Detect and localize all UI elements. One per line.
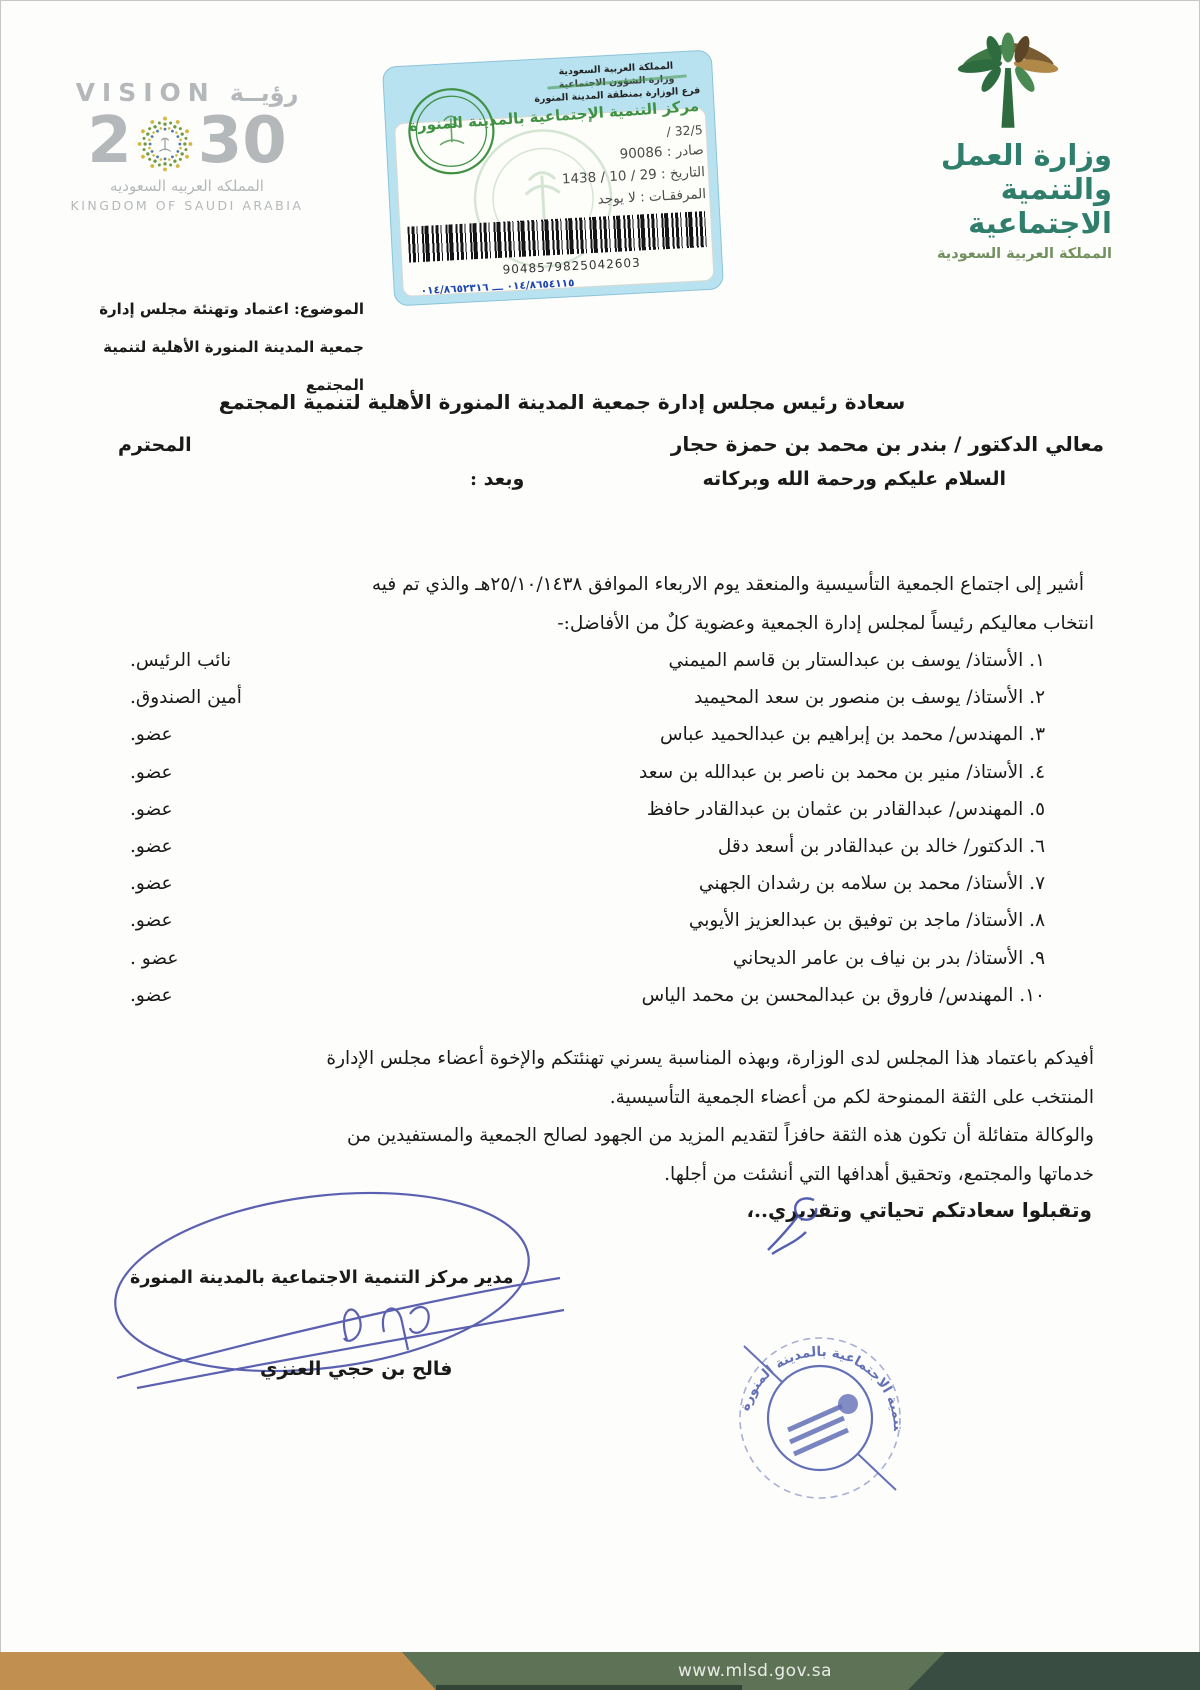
member-number: ٢.: [1029, 687, 1045, 708]
footer-bar: www.mlsd.gov.sa: [0, 1652, 1200, 1690]
member-row: ٨. الأستاذ/ ماجد بن توفيق بن عبدالعزيز ا…: [130, 910, 1045, 947]
round-office-stamp-icon: مركز التنمية الاجتماعية بالمدينة المنورة: [730, 1330, 910, 1505]
pen-mark-icon: [762, 1192, 842, 1262]
footer-url: www.mlsd.gov.sa: [640, 1661, 870, 1681]
vision-year-right: 30: [198, 109, 287, 173]
subject-block: الموضوع: اعتماد وتهنئة مجلس إدارة جمعية …: [72, 290, 364, 404]
member-name: الأستاذ/ محمد بن سلامه بن رشدان الجهني: [699, 873, 1023, 894]
member-row: ٦. الدكتور/ خالد بن عبدالقادر بن أسعد دق…: [130, 836, 1045, 873]
paragraph-3-line1: والوكالة متفائلة أن تكون هذه الثقة حافزا…: [98, 1117, 1094, 1156]
member-name: المهندس/ محمد بن إبراهيم بن عبدالحميد عب…: [660, 724, 1023, 745]
member-row: ١. الأستاذ/ يوسف بن عبدالستار بن قاسم ال…: [130, 650, 1045, 687]
vision-word-en: VISION: [76, 78, 216, 107]
board-members-list: ١. الأستاذ/ يوسف بن عبدالستار بن قاسم ال…: [130, 650, 1045, 1022]
paragraph-1-line1: أشير إلى اجتماع الجمعية التأسيسية والمنع…: [98, 566, 1094, 605]
member-number: ٣.: [1029, 724, 1045, 745]
registration-sticker: المملكة العربية السعودية وزارة الشؤون ال…: [382, 50, 724, 307]
member-role: أمين الصندوق.: [130, 687, 242, 708]
member-role: عضو.: [130, 910, 173, 931]
member-number: ٨.: [1029, 910, 1045, 931]
member-name: الأستاذ/ ماجد بن توفيق بن عبدالعزيز الأي…: [689, 910, 1023, 931]
vision-kingdom-en: KINGDOM OF SAUDI ARABIA: [52, 198, 322, 213]
paragraph-1-line2: انتخاب معاليكم رئيساً لمجلس إدارة الجمعي…: [98, 605, 1094, 644]
paragraph-1: أشير إلى اجتماع الجمعية التأسيسية والمنع…: [98, 566, 1094, 643]
member-name: الدكتور/ خالد بن عبدالقادر بن أسعد دقل: [718, 836, 1023, 857]
vision-palm-swords-icon: [159, 138, 170, 151]
member-role: عضو.: [130, 873, 173, 894]
addressee-org-line: سعادة رئيس مجلس إدارة جمعية المدينة المن…: [0, 390, 1162, 414]
member-name: المهندس/ فاروق بن عبدالمحسن بن محمد اليا…: [642, 985, 1014, 1006]
after-salutation: وبعد :: [470, 468, 524, 490]
member-number: ٧.: [1029, 873, 1045, 894]
vision-emblem-icon: [134, 113, 196, 175]
footer-tan-segment: [0, 1652, 436, 1690]
ministry-name-line2: والتنمية الاجتماعية: [862, 172, 1112, 240]
member-name: الأستاذ/ منير بن محمد بن ناصر بن عبدالله…: [639, 762, 1023, 783]
palm-tree-icon: [952, 30, 1064, 134]
member-row: ٩. الأستاذ/ بدر بن نياف بن عامر الديحاني…: [130, 948, 1045, 985]
vision-word-ar: رؤيــة: [230, 79, 299, 107]
member-number: ٩.: [1029, 948, 1045, 969]
issued-value: 90086: [619, 144, 663, 162]
member-row: ٢. الأستاذ/ يوسف بن منصور بن سعد المحيمي…: [130, 687, 1045, 724]
member-name: المهندس/ عبدالقادر بن عثمان بن عبدالقادر…: [647, 799, 1023, 820]
sticker-fields: / 32/5 صادر : 90086 التاريخ : 1438 / 10 …: [397, 121, 711, 303]
member-number: ١٠.: [1019, 985, 1045, 1006]
date-label: التاريخ :: [661, 164, 706, 182]
addressee-name-line: معالي الدكتور / بندر بن محمد بن حمزة حجا…: [671, 432, 1104, 456]
member-role: عضو.: [130, 724, 173, 745]
member-name: الأستاذ/ يوسف بن عبدالستار بن قاسم الميم…: [668, 650, 1023, 671]
member-name: الأستاذ/ بدر بن نياف بن عامر الديحاني: [733, 948, 1024, 969]
salutation: السلام عليكم ورحمة الله وبركاته: [703, 468, 1006, 490]
member-row: ١٠. المهندس/ فاروق بن عبدالمحسن بن محمد …: [130, 985, 1045, 1022]
vision-2030-logo: VISION رؤيــة 2: [52, 78, 322, 213]
subject-line1: الموضوع: اعتماد وتهنئة مجلس إدارة: [72, 290, 364, 328]
ministry-kingdom-line: المملكة العربية السعودية: [862, 246, 1112, 262]
ministry-name-line1: وزارة العمل: [862, 138, 1112, 172]
issued-label: صادر :: [666, 142, 704, 160]
member-row: ٣. المهندس/ محمد بن إبراهيم بن عبدالحميد…: [130, 724, 1045, 761]
member-row: ٤. الأستاذ/ منير بن محمد بن ناصر بن عبدا…: [130, 762, 1045, 799]
member-role: عضو.: [130, 799, 173, 820]
member-name: الأستاذ/ يوسف بن منصور بن سعد المحيميد: [694, 687, 1023, 708]
member-number: ٦.: [1029, 836, 1045, 857]
member-role: عضو.: [130, 762, 173, 783]
member-number: ٤.: [1029, 762, 1045, 783]
signatory-name: فالح بن حجي العنزي: [260, 1358, 452, 1380]
member-role: عضو.: [130, 836, 173, 857]
ministry-logo: وزارة العمل والتنمية الاجتماعية المملكة …: [862, 30, 1112, 262]
footer-dark-sliver: [436, 1685, 742, 1690]
signatory-title: مدير مركز التنمية الاجتماعية بالمدينة ال…: [130, 1268, 514, 1288]
scanned-letter-page: VISION رؤيــة 2: [0, 0, 1200, 1690]
vision-year: 2: [52, 109, 322, 173]
vision-year-left: 2: [87, 109, 132, 173]
member-row: ٧. الأستاذ/ محمد بن سلامه بن رشدان الجهن…: [130, 873, 1045, 910]
member-role: نائب الرئيس.: [130, 650, 231, 671]
vision-wordmark: VISION رؤيــة: [52, 78, 322, 107]
member-role: عضو.: [130, 985, 173, 1006]
vision-kingdom-ar: المملكه العربيه السعوديه: [52, 177, 322, 195]
member-row: ٥. المهندس/ عبدالقادر بن عثمان بن عبدالق…: [130, 799, 1045, 836]
paragraph-2-3: أفيدكم باعتماد هذا المجلس لدى الوزارة، و…: [98, 1040, 1094, 1194]
member-number: ٥.: [1029, 799, 1045, 820]
date-value: 1438 / 10 / 29: [562, 167, 658, 188]
paragraph-2-line2: المنتخب على الثقة الممنوحة لكم من أعضاء …: [98, 1079, 1094, 1118]
paragraph-2-line1: أفيدكم باعتماد هذا المجلس لدى الوزارة، و…: [98, 1040, 1094, 1079]
member-role: عضو .: [130, 948, 178, 969]
member-number: ١.: [1029, 650, 1045, 671]
honorific: المحترم: [118, 434, 192, 456]
